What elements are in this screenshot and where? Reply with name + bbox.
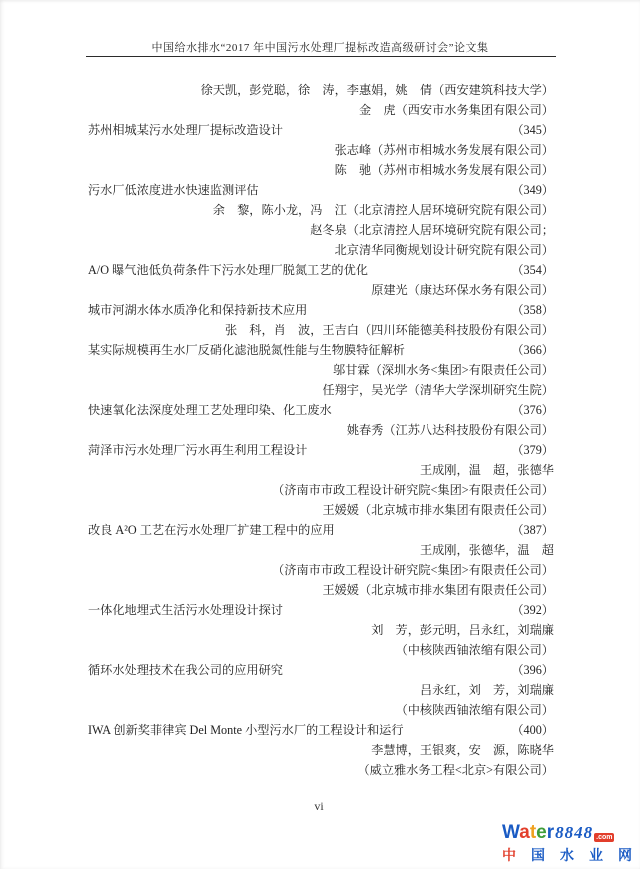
entry-authors: 李慧博，王银爽，安 源，陈晓华: [371, 743, 554, 757]
logo-site-char: 国: [531, 845, 545, 865]
entry-authors: 张 科，肖 波，王吉白（四川环能德美科技股份有限公司）: [225, 323, 554, 337]
entry-authors: 徐天凯，彭党聪，徐 涛，李惠娟，姚 倩（西安建筑科技大学）: [201, 83, 554, 97]
toc-author-row: 陈 驰（苏州市相城水务发展有限公司）: [88, 160, 554, 180]
running-header: 中国给水排水“2017 年中国污水处理厂提标改造高级研讨会”论文集: [0, 39, 640, 55]
toc-author-row: 邬甘霖（深圳水务<集团>有限责任公司）: [88, 360, 554, 380]
entry-authors: 赵冬泉（北京清控人居环境研究院有限公司；: [310, 223, 554, 237]
toc-author-row: （济南市市政工程设计研究院<集团>有限责任公司）: [88, 560, 554, 580]
toc-title-row: 污水厂低浓度进水快速监测评估（349）: [88, 180, 554, 200]
entry-title: 快速氧化法深度处理工艺处理印染、化工废水: [88, 400, 332, 420]
entry-page-number: （358）: [511, 300, 554, 320]
entry-page-number: （366）: [511, 340, 554, 360]
logo-site-char: 水: [560, 845, 574, 865]
entry-page-number: （396）: [511, 660, 554, 680]
toc-author-row: 吕永红，刘 芳，刘瑞廉: [88, 680, 554, 700]
water8848-logo: Water 8848 .com 中国水业网: [502, 822, 636, 865]
entry-authors: （威立雅水务工程<北京>有限公司）: [357, 763, 554, 777]
entry-title: 苏州相城某污水处理厂提标改造设计: [88, 120, 283, 140]
toc-author-row: 张 科，肖 波，王吉白（四川环能德美科技股份有限公司）: [88, 320, 554, 340]
dot-leader: [336, 403, 508, 417]
logo-tld-com: .com: [594, 833, 614, 842]
toc-title-row: A/O 曝气池低负荷条件下污水处理厂脱氮工艺的优化（354）: [88, 260, 554, 280]
entry-page-number: （379）: [511, 440, 554, 460]
entry-authors: 陈 驰（苏州市相城水务发展有限公司）: [335, 163, 554, 177]
entry-page-number: （345）: [511, 120, 554, 140]
toc-title-row: 苏州相城某污水处理厂提标改造设计（345）: [88, 120, 554, 140]
toc-author-row: （中核陕西铀浓缩有限公司）: [88, 640, 554, 660]
entry-authors: 王成刚，温 超，张德华: [420, 463, 554, 477]
logo-site-char: 业: [589, 845, 603, 865]
entry-authors: 吕永红，刘 芳，刘瑞廉: [420, 683, 554, 697]
dot-leader: [311, 303, 507, 317]
entry-page-number: （354）: [511, 260, 554, 280]
entry-authors: 王媛媛（北京城市排水集团有限责任公司）: [322, 503, 554, 517]
entry-authors: 姚春秀（江苏八达科技股份有限公司）: [347, 423, 554, 437]
entry-authors: （中核陕西铀浓缩有限公司）: [396, 643, 554, 657]
entry-title: 城市河湖水体水质净化和保持新技术应用: [88, 300, 307, 320]
logo-wordmark: Water 8848 .com: [502, 822, 636, 844]
entry-authors: 邬甘霖（深圳水务<集团>有限责任公司）: [333, 363, 554, 377]
toc-title-row: 城市河湖水体水质净化和保持新技术应用（358）: [88, 300, 554, 320]
logo-letter: a: [519, 822, 530, 843]
toc-title-row: 菏泽市污水处理厂污水再生利用工程设计（379）: [88, 440, 554, 460]
entry-authors: 余 黎，陈小龙，冯 江（北京清控人居环境研究院有限公司）: [213, 203, 554, 217]
toc-author-row: （济南市市政工程设计研究院<集团>有限责任公司）: [88, 480, 554, 500]
entry-authors: （济南市市政工程设计研究院<集团>有限责任公司）: [272, 483, 554, 497]
entry-authors: 王成刚，张德华，温 超: [420, 543, 554, 557]
entry-title: 一体化地埋式生活污水处理设计探讨: [88, 600, 283, 620]
dot-leader: [372, 263, 507, 277]
logo-letter: e: [536, 822, 547, 843]
entry-authors: （中核陕西铀浓缩有限公司）: [396, 703, 554, 717]
toc-author-row: 王成刚，温 超，张德华: [88, 460, 554, 480]
entry-title: 改良 A²O 工艺在污水处理厂扩建工程中的应用: [88, 520, 335, 540]
toc-list: 徐天凯，彭党聪，徐 涛，李惠娟，姚 倩（西安建筑科技大学）金 虎（西安市水务集团…: [88, 80, 554, 780]
dot-leader: [287, 123, 507, 137]
entry-page-number: （349）: [511, 180, 554, 200]
entry-page-number: （387）: [511, 520, 554, 540]
document-page: 中国给水排水“2017 年中国污水处理厂提标改造高级研讨会”论文集 徐天凯，彭党…: [0, 0, 640, 869]
entry-page-number: （392）: [511, 600, 554, 620]
dot-leader: [409, 343, 507, 357]
logo-site-char: 网: [618, 845, 632, 865]
toc-author-row: 任翔宇，吴光学（清华大学深圳研究生院）: [88, 380, 554, 400]
logo-number-8848: 8848: [555, 823, 593, 843]
toc-author-row: 李慧博，王银爽，安 源，陈晓华: [88, 740, 554, 760]
header-rule: [86, 56, 556, 57]
dot-leader: [263, 183, 508, 197]
logo-letter: W: [502, 822, 519, 843]
toc-author-row: 北京清华同衡规划设计研究院有限公司）: [88, 240, 554, 260]
toc-title-row: 某实际规模再生水厂反硝化滤池脱氮性能与生物膜特征解析（366）: [88, 340, 554, 360]
toc-author-row: 王媛媛（北京城市排水集团有限责任公司）: [88, 500, 554, 520]
toc-author-row: 原建光（康达环保水务有限公司）: [88, 280, 554, 300]
toc-author-row: 刘 芳，彭元明，吕永红，刘瑞廉: [88, 620, 554, 640]
toc-title-row: 改良 A²O 工艺在污水处理厂扩建工程中的应用（387）: [88, 520, 554, 540]
entry-title: 菏泽市污水处理厂污水再生利用工程设计: [88, 440, 307, 460]
toc-author-row: （中核陕西铀浓缩有限公司）: [88, 700, 554, 720]
toc-title-row: IWA 创新奖菲律宾 Del Monte 小型污水厂的工程设计和运行（400）: [88, 720, 554, 740]
toc-author-row: 张志峰（苏州市相城水务发展有限公司）: [88, 140, 554, 160]
footer-page-number: vi: [88, 799, 550, 814]
dot-leader: [311, 443, 507, 457]
toc-author-row: 赵冬泉（北京清控人居环境研究院有限公司；: [88, 220, 554, 240]
toc-author-row: 余 黎，陈小龙，冯 江（北京清控人居环境研究院有限公司）: [88, 200, 554, 220]
entry-page-number: （400）: [511, 720, 554, 740]
logo-letter: r: [547, 822, 554, 843]
entry-authors: 王媛媛（北京城市排水集团有限责任公司）: [322, 583, 554, 597]
dot-leader: [408, 723, 508, 737]
toc-title-row: 循环水处理技术在我公司的应用研究（396）: [88, 660, 554, 680]
toc-title-row: 快速氧化法深度处理工艺处理印染、化工废水（376）: [88, 400, 554, 420]
entry-authors: 原建光（康达环保水务有限公司）: [371, 283, 554, 297]
entry-authors: 张志峰（苏州市相城水务发展有限公司）: [335, 143, 554, 157]
toc-author-row: 徐天凯，彭党聪，徐 涛，李惠娟，姚 倩（西安建筑科技大学）: [88, 80, 554, 100]
entry-authors: 任翔宇，吴光学（清华大学深圳研究生院）: [322, 383, 554, 397]
logo-site-char: 中: [502, 845, 516, 865]
dot-leader: [287, 603, 507, 617]
dot-leader: [287, 663, 507, 677]
toc-author-row: （威立雅水务工程<北京>有限公司）: [88, 760, 554, 780]
entry-page-number: （376）: [511, 400, 554, 420]
running-header-text: 中国给水排水“2017 年中国污水处理厂提标改造高级研讨会”论文集: [151, 42, 488, 54]
dot-leader: [339, 523, 508, 537]
toc-author-row: 姚春秀（江苏八达科技股份有限公司）: [88, 420, 554, 440]
entry-title: IWA 创新奖菲律宾 Del Monte 小型污水厂的工程设计和运行: [88, 720, 404, 740]
entry-title: 某实际规模再生水厂反硝化滤池脱氮性能与生物膜特征解析: [88, 340, 405, 360]
toc-author-row: 王媛媛（北京城市排水集团有限责任公司）: [88, 580, 554, 600]
entry-authors: 金 虎（西安市水务集团有限公司）: [359, 103, 554, 117]
toc-title-row: 一体化地埋式生活污水处理设计探讨（392）: [88, 600, 554, 620]
logo-site-name: 中国水业网: [502, 845, 632, 865]
logo-word-water: Water: [502, 822, 554, 844]
toc-author-row: 金 虎（西安市水务集团有限公司）: [88, 100, 554, 120]
entry-authors: （济南市市政工程设计研究院<集团>有限责任公司）: [272, 563, 554, 577]
entry-title: 污水厂低浓度进水快速监测评估: [88, 180, 259, 200]
entry-authors: 北京清华同衡规划设计研究院有限公司）: [335, 243, 554, 257]
entry-title: A/O 曝气池低负荷条件下污水处理厂脱氮工艺的优化: [88, 260, 368, 280]
toc-author-row: 王成刚，张德华，温 超: [88, 540, 554, 560]
entry-title: 循环水处理技术在我公司的应用研究: [88, 660, 283, 680]
entry-authors: 刘 芳，彭元明，吕永红，刘瑞廉: [371, 623, 554, 637]
